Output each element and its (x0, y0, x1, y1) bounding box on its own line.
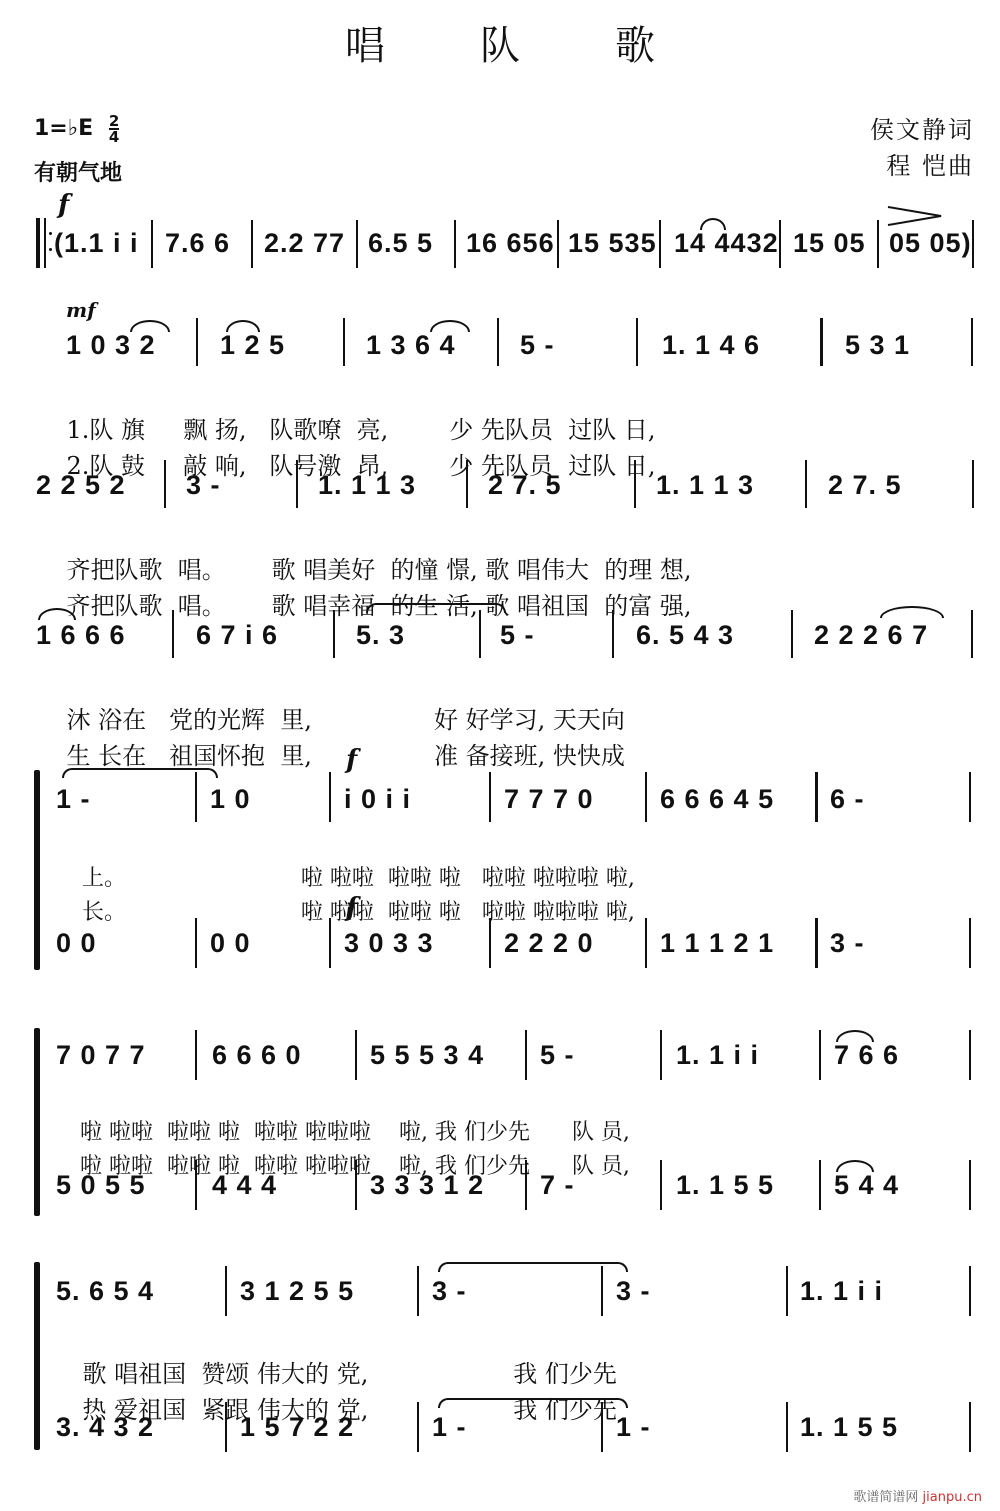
measure: 3. 4 3 2 (56, 1412, 154, 1443)
barline (343, 318, 345, 366)
barline (355, 1160, 357, 1210)
barline (497, 318, 499, 366)
dynamic-mf: mf (66, 298, 96, 322)
barline (355, 1030, 357, 1080)
measure: 0 0 (210, 928, 251, 959)
barline (417, 1402, 419, 1452)
barline (151, 220, 153, 268)
barline (645, 772, 647, 822)
barline (972, 460, 974, 508)
measure: 2 2 2 0 (504, 928, 594, 959)
measure: 5 3 1 (845, 330, 910, 361)
measure: 15 05 (793, 228, 866, 259)
barline (877, 220, 879, 268)
slur (700, 218, 726, 230)
barline (479, 610, 481, 658)
slur (880, 606, 944, 618)
measure: 1. 1 i i (800, 1276, 883, 1307)
dynamic-f: f (346, 745, 357, 775)
tempo-marking: 有朝气地 (34, 156, 122, 187)
measure: 3 - (186, 470, 221, 501)
measure: 1 - (432, 1412, 467, 1443)
measure: 2.2 77 (264, 228, 345, 259)
measure: 3 1 2 5 5 (240, 1276, 354, 1307)
measure: i 0 i i (344, 784, 411, 815)
barline (805, 460, 807, 508)
barline (333, 610, 335, 658)
barline (779, 220, 781, 268)
barline (489, 772, 491, 822)
measure: 7 6 6 (834, 1040, 899, 1071)
measure: 1. 1 5 5 (676, 1170, 774, 1201)
measure: 16 656 (466, 228, 555, 259)
watermark: 歌谱简谱网 jianpu.cn (853, 1486, 982, 1505)
measure: 1 - (616, 1412, 651, 1443)
barline (612, 610, 614, 658)
measure: 2 2 5 2 (36, 470, 126, 501)
key-signature: 1=♭E 2 4 (34, 114, 119, 144)
barline (971, 318, 973, 366)
measure: 3 3 3 1 2 (370, 1170, 484, 1201)
measure: 1 5 7 2 2 (240, 1412, 354, 1443)
barline (525, 1030, 527, 1080)
barline (489, 918, 491, 968)
part-bracket (34, 1262, 40, 1450)
barline (786, 1402, 788, 1452)
barline (815, 772, 818, 822)
lyricist-credit: 侯文静词 (870, 110, 974, 145)
barline (195, 772, 197, 822)
measure: 6. 5 4 3 (636, 620, 734, 651)
measure: 2 7. 5 (828, 470, 902, 501)
measure: 1 3 6 4 (366, 330, 456, 361)
barline (969, 1402, 971, 1452)
barline (969, 1266, 971, 1316)
watermark-url: jianpu.cn (923, 1490, 982, 1505)
barline (969, 772, 971, 822)
measure: 5 - (540, 1040, 575, 1071)
barline (417, 1266, 419, 1316)
barline (636, 318, 638, 366)
dynamic-f: f (346, 893, 357, 923)
measure: 7 0 7 7 (56, 1040, 146, 1071)
measure: 1. 1 4 6 (662, 330, 760, 361)
barline (195, 1160, 197, 1210)
barline (164, 460, 166, 508)
barline (660, 1160, 662, 1210)
barline (454, 220, 456, 268)
barline (251, 220, 253, 268)
barline (557, 220, 559, 268)
measure: 1. 1 i i (676, 1040, 759, 1071)
measure: 1 0 3 2 (66, 330, 156, 361)
tie (366, 603, 506, 613)
measure: (1.1 i i (54, 228, 139, 259)
barline (969, 918, 971, 968)
tie (438, 1262, 628, 1272)
measure: 6 6 6 0 (212, 1040, 302, 1071)
barline (660, 1030, 662, 1080)
barline (791, 610, 793, 658)
measure: 2 7. 5 (488, 470, 562, 501)
barline-end (972, 220, 974, 268)
repeat-start-thin (44, 218, 46, 268)
repeat-dot (49, 248, 52, 251)
measure: 7 - (540, 1170, 575, 1201)
measure: 6 7 i 6 (196, 620, 278, 651)
barline (819, 1030, 821, 1080)
barline (225, 1266, 227, 1316)
barline (172, 610, 174, 658)
measure: 3 - (830, 928, 865, 959)
barline (971, 610, 973, 658)
barline (969, 1160, 971, 1210)
repeat-dot (49, 232, 52, 235)
repeat-start-barline (36, 218, 40, 268)
measure: 2 2 2 6 7 (814, 620, 928, 651)
barline (356, 220, 358, 268)
measure: 1 - (56, 784, 91, 815)
barline (195, 1030, 197, 1080)
part-bracket (34, 770, 40, 970)
measure: 5 - (500, 620, 535, 651)
measure: 05 05) (889, 228, 972, 259)
barline (225, 1402, 227, 1452)
barline (195, 918, 197, 968)
watermark-cn: 歌谱简谱网 (853, 1490, 918, 1505)
measure: 6.5 5 (368, 228, 433, 259)
measure: 5 0 5 5 (56, 1170, 146, 1201)
barline (819, 1160, 821, 1210)
barline (659, 220, 661, 268)
composer-credit: 程 恺曲 (886, 146, 974, 181)
barline (969, 1030, 971, 1080)
barline (786, 1266, 788, 1316)
barline (329, 918, 331, 968)
measure: 3 0 3 3 (344, 928, 434, 959)
measure: 15 535 (568, 228, 657, 259)
barline (634, 460, 636, 508)
measure: 1. 1 1 3 (318, 470, 416, 501)
barline (196, 318, 198, 366)
barline (296, 460, 298, 508)
measure: 6 - (830, 784, 865, 815)
measure: 14 4432 (674, 228, 779, 259)
measure: 5 - (520, 330, 555, 361)
measure: 1 1 1 2 1 (660, 928, 774, 959)
measure: 1 0 (210, 784, 251, 815)
measure: 5 5 5 3 4 (370, 1040, 484, 1071)
barline (329, 772, 331, 822)
measure: 7.6 6 (165, 228, 230, 259)
measure: 1 6 6 6 (36, 620, 126, 651)
time-bottom: 4 (109, 128, 119, 144)
barline (525, 1160, 527, 1210)
measure: 5 4 4 (834, 1170, 899, 1201)
key-text: 1=♭E (34, 116, 93, 141)
measure: 6 6 6 4 5 (660, 784, 774, 815)
time-signature: 2 4 (109, 114, 119, 144)
barline (601, 1266, 603, 1316)
measure: 1 2 5 (220, 330, 285, 361)
tie (438, 1398, 628, 1408)
barline (645, 918, 647, 968)
barline (466, 460, 468, 508)
barline (820, 318, 823, 366)
measure: 5. 6 5 4 (56, 1276, 154, 1307)
measure: 1. 1 5 5 (800, 1412, 898, 1443)
accent-icon (886, 205, 946, 227)
measure: 3 - (616, 1276, 651, 1307)
measure: 0 0 (56, 928, 97, 959)
measure: 7 7 7 0 (504, 784, 594, 815)
measure: 3 - (432, 1276, 467, 1307)
measure: 5. 3 (356, 620, 405, 651)
barline (815, 918, 818, 968)
measure: 1. 1 1 3 (656, 470, 754, 501)
part-bracket (34, 1028, 40, 1216)
barline (601, 1402, 603, 1452)
measure: 4 4 4 (212, 1170, 277, 1201)
score-title: 唱队歌 (0, 14, 1000, 71)
dynamic-f: f (58, 190, 69, 220)
